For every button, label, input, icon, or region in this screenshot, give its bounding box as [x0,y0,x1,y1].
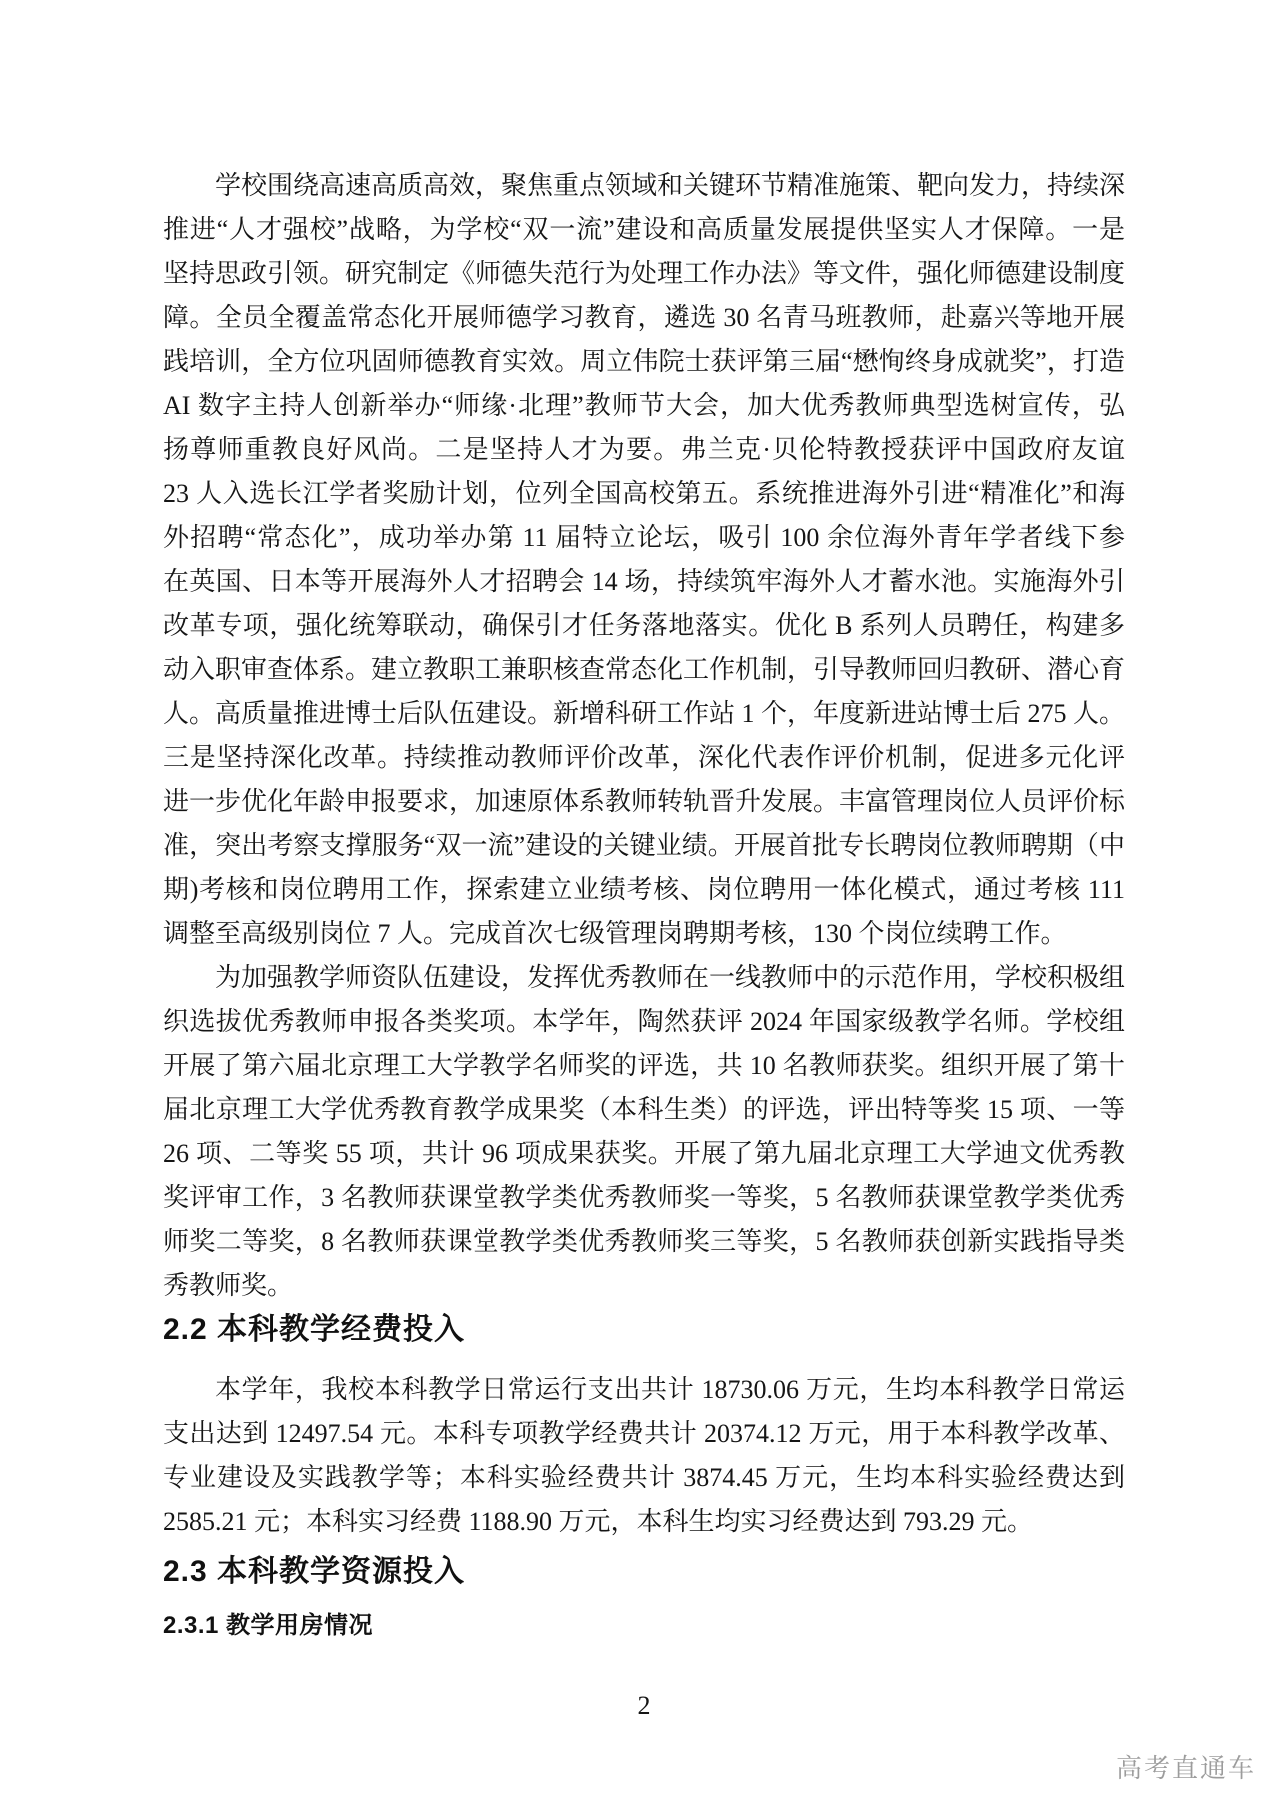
text-line: 践培训，全方位巩固师德教育实效。周立伟院士获评第三届“懋恂终身成就奖”，打造 [163,340,1125,384]
text-line: 开展了第六届北京理工大学教学名师奖的评选，共 10 名教师获奖。组织开展了第十七 [163,1044,1125,1088]
text-line: 支出达到 12497.54 元。本科专项教学经费共计 20374.12 万元，用… [163,1412,1125,1456]
text-line: 扬尊师重教良好风尚。二是坚持人才为要。弗兰克·贝伦特教授获评中国政府友谊奖， [163,428,1125,472]
text-line: 外招聘“常态化”，成功举办第 11 届特立论坛，吸引 100 余位海外青年学者线… [163,516,1125,560]
section-heading-2-3-1: 2.3.1 教学用房情况 [163,1608,1125,1644]
text-line: 本学年，我校本科教学日常运行支出共计 18730.06 万元，生均本科教学日常运… [163,1368,1125,1412]
text-line: 动入职审查体系。建立教职工兼职核查常态化工作机制，引导教师回归教研、潜心育 [163,648,1125,692]
text-line: 障。全员全覆盖常态化开展师德学习教育，遴选 30 名青马班教师，赴嘉兴等地开展实 [163,296,1125,340]
text-line: 26 项、二等奖 55 项，共计 96 项成果获奖。开展了第九届北京理工大学迪文… [163,1132,1125,1176]
section-heading-2-2: 2.2 本科教学经费投入 [163,1308,1125,1352]
text-line: 23 人入选长江学者奖励计划，位列全国高校第五。系统推进海外引进“精准化”和海 [163,472,1125,516]
text-line: AI 数字主持人创新举办“师缘·北理”教师节大会，加大优秀教师典型选树宣传，弘 [163,384,1125,428]
text-line: 届北京理工大学优秀教育教学成果奖（本科生类）的评选，评出特等奖 15 项、一等奖 [163,1088,1125,1132]
paragraph-teacher-development: 学校围绕高速高质高效，聚焦重点领域和关键环节精准施策、靶向发力，持续深入推进“人… [163,164,1125,956]
text-line: 三是坚持深化改革。持续推动教师评价改革，深化代表作评价机制，促进多元化评价。 [163,736,1125,780]
section-heading-2-3: 2.3 本科教学资源投入 [163,1550,1125,1594]
text-line: 准，突出考察支撑服务“双一流”建设的关键业绩。开展首批专长聘岗位教师聘期（中 [163,824,1125,868]
paragraph-funding: 本学年，我校本科教学日常运行支出共计 18730.06 万元，生均本科教学日常运… [163,1368,1125,1544]
text-line: 学校围绕高速高质高效，聚焦重点领域和关键环节精准施策、靶向发力，持续深入 [163,164,1125,208]
page-content: 学校围绕高速高质高效，聚焦重点领域和关键环节精准施策、靶向发力，持续深入推进“人… [163,164,1125,1644]
text-line: 坚持思政引领。研究制定《师德失范行为处理工作办法》等文件，强化师德建设制度保 [163,252,1125,296]
text-line: 期)考核和岗位聘用工作，探索建立业绩考核、岗位聘用一体化模式，通过考核 111 … [163,868,1125,912]
text-line: 2585.21 元；本科实习经费 1188.90 万元，本科生均实习经费达到 7… [163,1500,1125,1544]
text-line: 秀教师奖。 [163,1264,1125,1308]
text-line: 进一步优化年龄申报要求，加速原体系教师转轨晋升发展。丰富管理岗位人员评价标 [163,780,1125,824]
text-line: 专业建设及实践教学等；本科实验经费共计 3874.45 万元，生均本科实验经费达… [163,1456,1125,1500]
paragraph-teacher-awards: 为加强教学师资队伍建设，发挥优秀教师在一线教师中的示范作用，学校积极组织选拔优秀… [163,956,1125,1308]
text-line: 为加强教学师资队伍建设，发挥优秀教师在一线教师中的示范作用，学校积极组 [163,956,1125,1000]
text-line: 推进“人才强校”战略，为学校“双一流”建设和高质量发展提供坚实人才保障。一是 [163,208,1125,252]
text-line: 在英国、日本等开展海外人才招聘会 14 场，持续筑牢海外人才蓄水池。实施海外引才 [163,560,1125,604]
text-line: 人。高质量推进博士后队伍建设。新增科研工作站 1 个，年度新进站博士后 275 … [163,692,1125,736]
text-line: 师奖二等奖，8 名教师获课堂教学类优秀教师奖三等奖，5 名教师获创新实践指导类优 [163,1220,1125,1264]
page-number: 2 [163,1690,1125,1722]
document-page: 学校围绕高速高质高效，聚焦重点领域和关键环节精准施策、靶向发力，持续深入推进“人… [0,0,1280,1810]
watermark: 高考直通车 [1116,1752,1256,1784]
text-line: 调整至高级别岗位 7 人。完成首次七级管理岗聘期考核，130 个岗位续聘工作。 [163,912,1125,956]
text-line: 奖评审工作，3 名教师获课堂教学类优秀教师奖一等奖，5 名教师获课堂教学类优秀教 [163,1176,1125,1220]
text-line: 织选拔优秀教师申报各类奖项。本学年，陶然获评 2024 年国家级教学名师。学校组… [163,1000,1125,1044]
text-line: 改革专项，强化统筹联动，确保引才任务落地落实。优化 B 系列人员聘任，构建多维联 [163,604,1125,648]
